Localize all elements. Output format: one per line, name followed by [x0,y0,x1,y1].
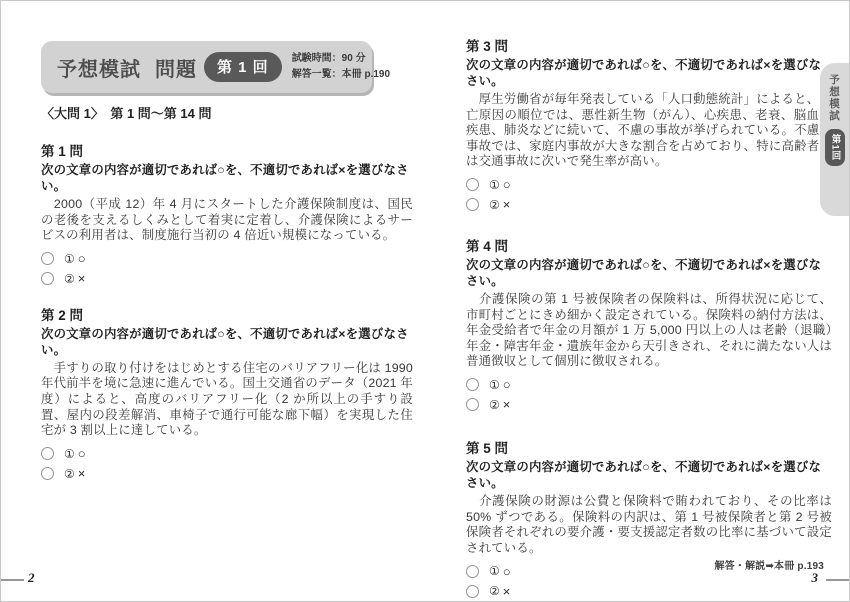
radio-button[interactable] [41,467,54,480]
question-instruction: 次の文章の内容が適切であれば○を、不適切であれば×を選びなさい。 [41,162,413,194]
option-row[interactable]: ② × [41,269,413,289]
option-row[interactable]: ① ○ [466,175,832,195]
side-tab-round-badge: 第1回 [825,129,845,166]
question-instruction: 次の文章の内容が適切であれば○を、不適切であれば×を選びなさい。 [41,326,413,358]
radio-button[interactable] [466,585,479,598]
right-page-column: 第 3 問 次の文章の内容が適切であれば○を、不適切であれば×を選びなさい。 厚… [466,39,832,601]
exam-title: 予想模試 [57,53,141,82]
option-row[interactable]: ② × [466,195,832,215]
question-label: 第 4 問 [466,239,832,254]
option-number: ② [489,584,500,598]
question-body: 手すりの取り付けをはじめとする住宅のバリアフリー化は 1990 年代前半を境に急… [41,361,413,439]
side-tab: 予想模試 第1回 [820,63,849,216]
page-number-left: 2 [28,570,35,586]
option-number: ① [64,252,75,266]
round-badge: 第 1 回 [204,52,282,82]
option-row[interactable]: ① ○ [41,249,413,269]
question-body: 厚生労働省が毎年発表している「人口動態統計」によると、死亡原因の順位では、悪性新… [466,92,832,170]
option-row[interactable]: ② × [466,395,832,415]
question-options: ① ○ ② × [466,375,832,415]
question-options: ① ○ ② × [41,444,413,484]
option-row[interactable]: ② × [466,581,832,601]
radio-button[interactable] [466,198,479,211]
question-instruction: 次の文章の内容が適切であれば○を、不適切であれば×を選びなさい。 [466,459,832,491]
option-number: ① [489,564,500,578]
side-tab-label: 予想模試 [827,74,842,122]
header-info: 試験時間：90 分 解答一覧：本冊 p.190 [292,51,390,83]
question-body: 介護保険の第 1 号被保険者の保険料は、所得状況に応じて、市町村ごとにきめ細かく… [466,292,832,370]
option-mark: × [78,466,86,481]
option-row[interactable]: ② × [41,464,413,484]
question-label: 第 1 問 [41,144,413,159]
question-4: 第 4 問 次の文章の内容が適切であれば○を、不適切であれば×を選びなさい。 介… [466,239,832,415]
question-1: 第 1 問 次の文章の内容が適切であれば○を、不適切であれば×を選びなさい。 2… [41,144,413,289]
left-page-column: 予想模試 問題 第 1 回 試験時間：90 分 解答一覧：本冊 p.190 〈大… [41,41,413,484]
section-heading: 〈大問 1〉 第 1 問〜第 14 問 [41,106,413,121]
footer-rule-right [826,579,849,581]
exam-time: 試験時間：90 分 [292,51,390,67]
question-5: 第 5 問 次の文章の内容が適切であれば○を、不適切であれば×を選びなさい。 介… [466,441,832,601]
question-instruction: 次の文章の内容が適切であれば○を、不適切であれば×を選びなさい。 [466,257,832,289]
option-number: ② [64,467,75,481]
option-number: ① [489,178,500,192]
question-label: 第 5 問 [466,441,832,456]
question-2: 第 2 問 次の文章の内容が適切であれば○を、不適切であれば×を選びなさい。 手… [41,308,413,484]
exam-header: 予想模試 問題 第 1 回 試験時間：90 分 解答一覧：本冊 p.190 [41,41,372,93]
question-options: ① ○ ② × [466,175,832,215]
option-row[interactable]: ① ○ [466,375,832,395]
page-spread: 予想模試 問題 第 1 回 試験時間：90 分 解答一覧：本冊 p.190 〈大… [0,0,850,602]
answer-list-ref: 解答一覧：本冊 p.190 [292,67,390,83]
radio-button[interactable] [41,272,54,285]
option-number: ① [64,447,75,461]
question-label: 第 3 問 [466,39,832,54]
radio-button[interactable] [466,565,479,578]
option-mark: × [503,197,511,212]
option-mark: ○ [78,446,86,461]
option-row[interactable]: ① ○ [41,444,413,464]
option-mark: × [503,584,511,599]
option-number: ② [64,272,75,286]
answer-reference: 解答・解説➡本冊 p.193 [714,557,824,572]
question-3: 第 3 問 次の文章の内容が適切であれば○を、不適切であれば×を選びなさい。 厚… [466,39,832,215]
radio-button[interactable] [466,178,479,191]
radio-button[interactable] [41,447,54,460]
page-number-right: 3 [812,570,819,586]
option-number: ① [489,378,500,392]
question-instruction: 次の文章の内容が適切であれば○を、不適切であれば×を選びなさい。 [466,57,832,89]
option-mark: ○ [503,564,511,579]
option-mark: × [78,271,86,286]
option-number: ② [489,398,500,412]
question-label: 第 2 問 [41,308,413,323]
radio-button[interactable] [41,252,54,265]
option-mark: ○ [503,177,511,192]
option-mark: ○ [503,377,511,392]
option-mark: ○ [78,251,86,266]
option-mark: × [503,397,511,412]
radio-button[interactable] [466,378,479,391]
question-body: 介護保険の財源は公費と保険料で賄われており、その比率は 50% ずつである。保険… [466,494,832,556]
option-number: ② [489,198,500,212]
footer-rule-left [1,579,24,581]
question-body: 2000（平成 12）年 4 月にスタートした介護保険制度は、国民の老後を支える… [41,197,413,244]
radio-button[interactable] [466,398,479,411]
exam-doc-type: 問題 [155,53,197,82]
question-options: ① ○ ② × [41,249,413,289]
